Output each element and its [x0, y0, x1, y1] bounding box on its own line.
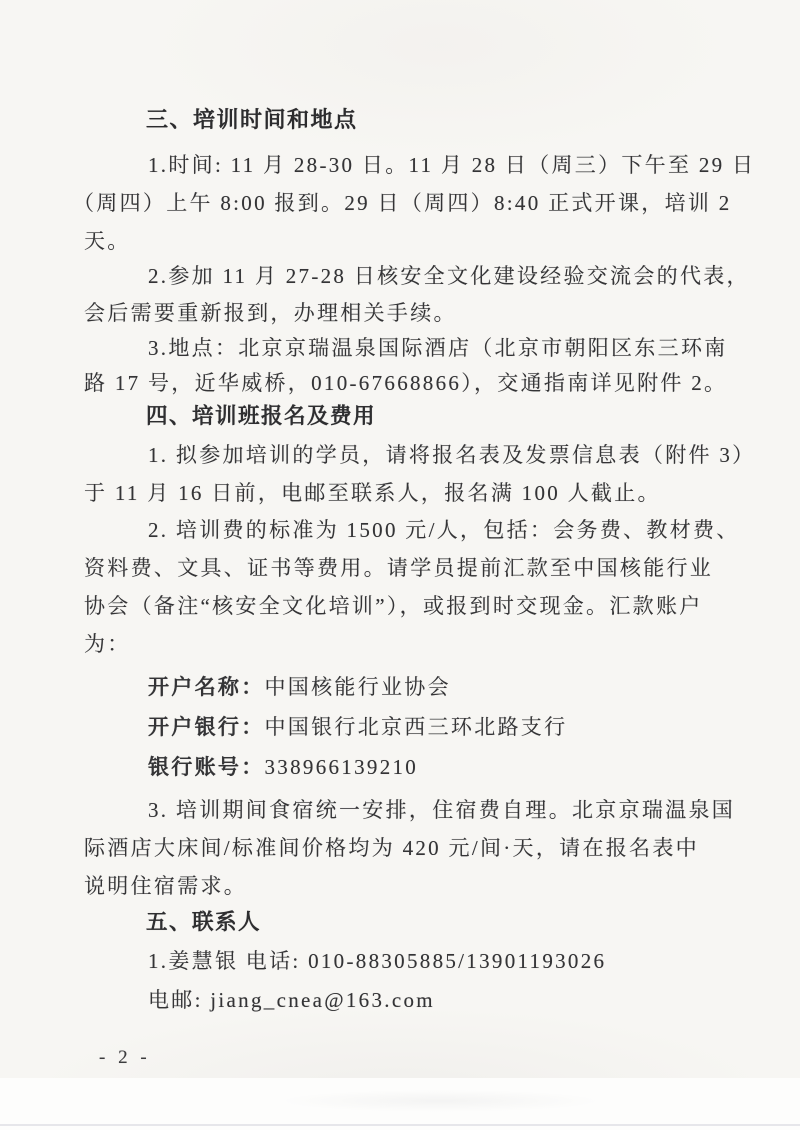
- paragraph-line: 为：: [84, 628, 131, 658]
- bank-account-no-value: 338966139210: [265, 755, 419, 779]
- page-number: - 2 -: [99, 1047, 151, 1069]
- paragraph-line: 路 17 号，近华威桥，010-67668866），交通指南详见附件 2。: [84, 367, 727, 397]
- bank-account-no-label: 银行账号：: [148, 755, 265, 779]
- paragraph-line: 3.地点：北京京瑞温泉国际酒店（北京市朝阳区东三环南: [148, 332, 728, 362]
- section-heading-registration-fee: 四、培训班报名及费用: [146, 399, 376, 430]
- bank-name-value: 中国银行北京西三环北路支行: [265, 715, 568, 739]
- bank-account-name-value: 中国核能行业协会: [265, 675, 451, 699]
- section-heading-contacts: 五、联系人: [146, 905, 261, 936]
- paragraph-line: 会后需要重新报到，办理相关手续。: [84, 297, 457, 327]
- paragraph-line: 于 11 月 16 日前，电邮至联系人，报名满 100 人截止。: [84, 477, 661, 507]
- contact-email-line: 电邮: jiang_cnea@163.com: [148, 984, 435, 1014]
- paragraph-line: 3. 培训期间食宿统一安排，住宿费自理。北京京瑞温泉国: [148, 794, 735, 824]
- paragraph-line: 协会（备注“核安全文化培训”），或报到时交现金。汇款账户: [84, 590, 703, 620]
- scanned-document-page: 三、培训时间和地点 1.时间: 11 月 28-30 日。11 月 28 日（周…: [0, 0, 800, 1130]
- scan-bottom-edge-line: [0, 1124, 800, 1126]
- bank-account-no-row: 银行账号：338966139210: [148, 751, 418, 781]
- paragraph-line: 2.参加 11 月 27-28 日核安全文化建设经验交流会的代表，: [148, 260, 750, 290]
- paragraph-line: 1. 拟参加培训的学员，请将报名表及发票信息表（附件 3）: [148, 439, 755, 469]
- section-heading-training-time: 三、培训时间和地点: [146, 103, 358, 134]
- scan-noise-artifact: [230, 1086, 650, 1116]
- paragraph-line: 说明住宿需求。: [84, 870, 247, 900]
- contact-phone-line: 1.姜慧银 电话: 010-88305885/13901193026: [148, 945, 606, 975]
- paragraph-line: 1.时间: 11 月 28-30 日。11 月 28 日（周三）下午至 29 日: [148, 149, 755, 179]
- bank-account-name-label: 开户名称：: [148, 675, 265, 699]
- paragraph-line: （周四）上午 8:00 报到。29 日（周四）8:40 正式开课，培训 2: [73, 187, 732, 217]
- bank-name-row: 开户银行：中国银行北京西三环北路支行: [148, 711, 567, 741]
- bank-name-label: 开户银行：: [148, 715, 265, 739]
- paragraph-line: 天。: [84, 225, 131, 255]
- paragraph-line: 2. 培训费的标准为 1500 元/人，包括：会务费、教材费、: [148, 514, 740, 544]
- paragraph-line: 际酒店大床间/标准间价格均为 420 元/间·天，请在报名表中: [84, 832, 699, 862]
- bank-account-name-row: 开户名称：中国核能行业协会: [148, 671, 451, 701]
- paragraph-line: 资料费、文具、证书等费用。请学员提前汇款至中国核能行业: [84, 552, 713, 582]
